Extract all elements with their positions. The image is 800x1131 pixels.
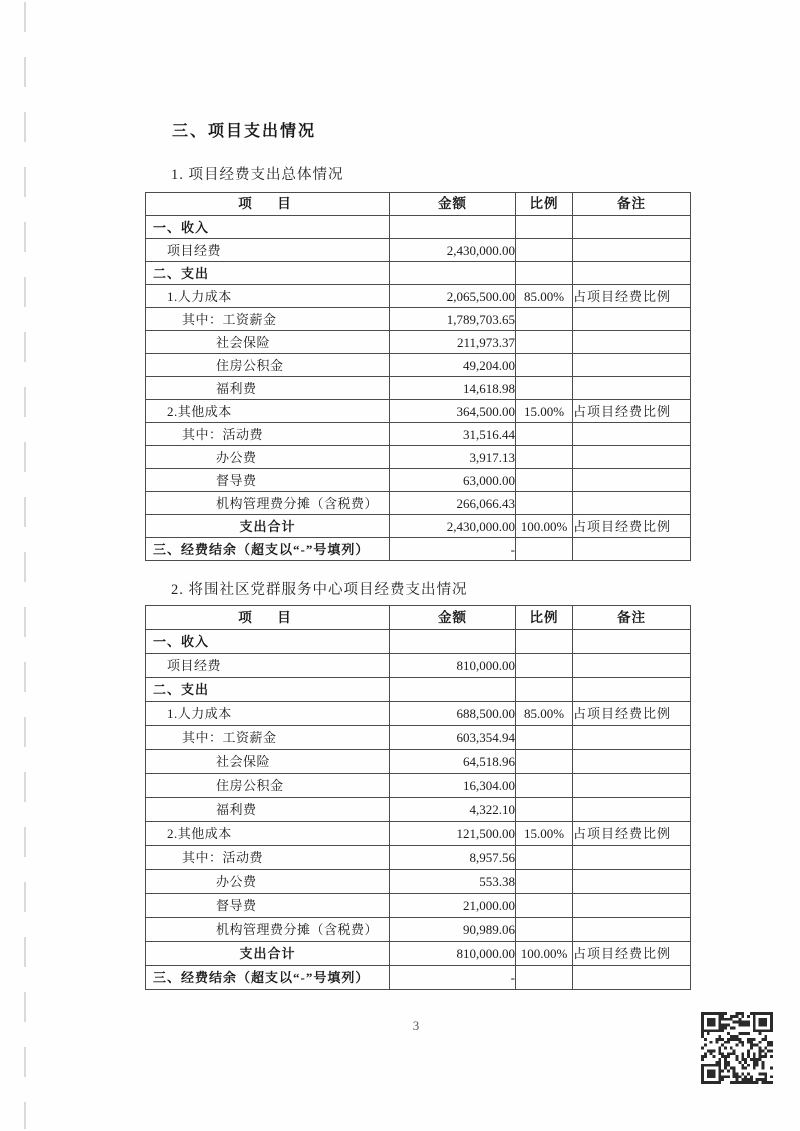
note-cell [573,678,691,702]
ratio-cell [516,239,573,262]
table-row: 机构管理费分摊（含税费）90,989.06 [146,918,691,942]
note-cell [573,262,691,285]
note-cell [573,469,691,492]
item-cell: 其中：工资薪金 [146,726,390,750]
ratio-cell [516,446,573,469]
table-row: 督导费21,000.00 [146,894,691,918]
item-cell: 督导费 [146,894,390,918]
amount-cell: - [390,538,516,561]
table-row: 办公费553.38 [146,870,691,894]
amount-cell: 810,000.00 [390,654,516,678]
item-cell: 机构管理费分摊（含税费） [146,918,390,942]
ratio-cell [516,846,573,870]
note-cell [573,308,691,331]
column-header: 项 目 [146,606,390,630]
expense-table-overall: 项 目金额比例备注一、收入项目经费2,430,000.00二、支出1.人力成本2… [145,192,691,561]
item-cell: 办公费 [146,870,390,894]
amount-cell: 2,065,500.00 [390,285,516,308]
table-row: 二、支出 [146,262,691,285]
column-header: 备注 [573,193,691,216]
amount-cell: 49,204.00 [390,354,516,377]
amount-cell: 31,516.44 [390,423,516,446]
note-cell [573,239,691,262]
item-cell: 二、支出 [146,678,390,702]
amount-cell [390,262,516,285]
ratio-cell [516,331,573,354]
column-header: 金额 [390,606,516,630]
note-cell: 占项目经费比例 [573,515,691,538]
note-cell: 占项目经费比例 [573,400,691,423]
table-caption-overall: 1. 项目经费支出总体情况 [171,163,344,184]
table-row: 三、经费结余（超支以“-”号填列）- [146,538,691,561]
table-row: 其中：活动费31,516.44 [146,423,691,446]
item-cell: 一、收入 [146,630,390,654]
item-cell: 二、支出 [146,262,390,285]
item-cell: 2.其他成本 [146,822,390,846]
table-row: 1.人力成本688,500.0085.00%占项目经费比例 [146,702,691,726]
note-cell [573,726,691,750]
table-row: 1.人力成本2,065,500.0085.00%占项目经费比例 [146,285,691,308]
table-row: 支出合计810,000.00100.00%占项目经费比例 [146,942,691,966]
ratio-cell [516,966,573,990]
item-cell: 机构管理费分摊（含税费） [146,492,390,515]
ratio-cell [516,798,573,822]
table-row: 福利费14,618.98 [146,377,691,400]
item-cell: 住房公积金 [146,774,390,798]
ratio-cell: 15.00% [516,822,573,846]
item-cell: 福利费 [146,377,390,400]
note-cell [573,377,691,400]
table-row: 住房公积金49,204.00 [146,354,691,377]
ratio-cell [516,774,573,798]
amount-cell: 211,973.37 [390,331,516,354]
ratio-cell [516,918,573,942]
amount-cell: 2,430,000.00 [390,239,516,262]
note-cell [573,654,691,678]
item-cell: 其中：工资薪金 [146,308,390,331]
amount-cell [390,678,516,702]
amount-cell: 553.38 [390,870,516,894]
ratio-cell [516,377,573,400]
note-cell [573,446,691,469]
item-cell: 支出合计 [146,942,390,966]
item-cell: 三、经费结余（超支以“-”号填列） [146,966,390,990]
amount-cell: 16,304.00 [390,774,516,798]
ratio-cell: 85.00% [516,285,573,308]
expense-table-jiangwei: 项 目金额比例备注一、收入项目经费810,000.00二、支出1.人力成本688… [145,605,691,990]
page-number: 3 [386,1018,446,1034]
ratio-cell [516,870,573,894]
table-row: 支出合计2,430,000.00100.00%占项目经费比例 [146,515,691,538]
item-cell: 1.人力成本 [146,285,390,308]
table-row: 督导费63,000.00 [146,469,691,492]
table-row: 项目经费810,000.00 [146,654,691,678]
ratio-cell: 100.00% [516,515,573,538]
left-binding-marks [24,2,26,1129]
column-header: 金额 [390,193,516,216]
item-cell: 社会保险 [146,750,390,774]
table-row: 一、收入 [146,216,691,239]
amount-cell: 121,500.00 [390,822,516,846]
item-cell: 三、经费结余（超支以“-”号填列） [146,538,390,561]
item-cell: 1.人力成本 [146,702,390,726]
item-cell: 社会保险 [146,331,390,354]
table-row: 一、收入 [146,630,691,654]
table-row: 项目经费2,430,000.00 [146,239,691,262]
amount-cell: 603,354.94 [390,726,516,750]
note-cell [573,630,691,654]
note-cell [573,216,691,239]
column-header: 备注 [573,606,691,630]
ratio-cell [516,750,573,774]
item-cell: 福利费 [146,798,390,822]
note-cell [573,354,691,377]
table-caption-jiangwei: 2. 将围社区党群服务中心项目经费支出情况 [171,578,468,599]
table-row: 2.其他成本121,500.0015.00%占项目经费比例 [146,822,691,846]
column-header: 项 目 [146,193,390,216]
item-cell: 督导费 [146,469,390,492]
ratio-cell [516,262,573,285]
ratio-cell [516,354,573,377]
ratio-cell [516,654,573,678]
amount-cell: 90,989.06 [390,918,516,942]
ratio-cell [516,469,573,492]
amount-cell: 21,000.00 [390,894,516,918]
table-row: 社会保险64,518.96 [146,750,691,774]
note-cell [573,492,691,515]
ratio-cell: 100.00% [516,942,573,966]
table-row: 二、支出 [146,678,691,702]
note-cell [573,846,691,870]
qr-code [701,1012,773,1084]
table-row: 其中：工资薪金603,354.94 [146,726,691,750]
ratio-cell [516,630,573,654]
ratio-cell [516,423,573,446]
note-cell: 占项目经费比例 [573,942,691,966]
ratio-cell [516,538,573,561]
note-cell [573,870,691,894]
table-row: 社会保险211,973.37 [146,331,691,354]
note-cell: 占项目经费比例 [573,702,691,726]
item-cell: 住房公积金 [146,354,390,377]
column-header: 比例 [516,193,573,216]
ratio-cell [516,894,573,918]
note-cell [573,774,691,798]
amount-cell: 688,500.00 [390,702,516,726]
item-cell: 办公费 [146,446,390,469]
note-cell [573,423,691,446]
note-cell: 占项目经费比例 [573,822,691,846]
amount-cell: 14,618.98 [390,377,516,400]
amount-cell: 63,000.00 [390,469,516,492]
table-row: 住房公积金16,304.00 [146,774,691,798]
note-cell [573,798,691,822]
ratio-cell [516,216,573,239]
amount-cell: 364,500.00 [390,400,516,423]
ratio-cell [516,492,573,515]
ratio-cell: 85.00% [516,702,573,726]
section-title: 三、项目支出情况 [172,118,316,141]
amount-cell: 1,789,703.65 [390,308,516,331]
document-page: 三、项目支出情况 1. 项目经费支出总体情况 项 目金额比例备注一、收入项目经费… [0,0,800,1131]
table-row: 三、经费结余（超支以“-”号填列）- [146,966,691,990]
note-cell [573,966,691,990]
note-cell [573,750,691,774]
table-row: 其中：工资薪金1,789,703.65 [146,308,691,331]
note-cell [573,331,691,354]
note-cell [573,538,691,561]
item-cell: 项目经费 [146,654,390,678]
note-cell [573,894,691,918]
amount-cell: 64,518.96 [390,750,516,774]
amount-cell: 4,322.10 [390,798,516,822]
table-header-row: 项 目金额比例备注 [146,606,691,630]
note-cell [573,918,691,942]
amount-cell: 810,000.00 [390,942,516,966]
table-row: 2.其他成本364,500.0015.00%占项目经费比例 [146,400,691,423]
amount-cell: 3,917.13 [390,446,516,469]
table-row: 办公费3,917.13 [146,446,691,469]
amount-cell: 266,066.43 [390,492,516,515]
table-header-row: 项 目金额比例备注 [146,193,691,216]
table-row: 其中：活动费8,957.56 [146,846,691,870]
ratio-cell [516,308,573,331]
ratio-cell: 15.00% [516,400,573,423]
amount-cell: 2,430,000.00 [390,515,516,538]
table-row: 福利费4,322.10 [146,798,691,822]
amount-cell: - [390,966,516,990]
column-header: 比例 [516,606,573,630]
ratio-cell [516,726,573,750]
table-row: 机构管理费分摊（含税费）266,066.43 [146,492,691,515]
item-cell: 项目经费 [146,239,390,262]
item-cell: 一、收入 [146,216,390,239]
item-cell: 其中：活动费 [146,846,390,870]
item-cell: 支出合计 [146,515,390,538]
item-cell: 其中：活动费 [146,423,390,446]
amount-cell: 8,957.56 [390,846,516,870]
ratio-cell [516,678,573,702]
item-cell: 2.其他成本 [146,400,390,423]
note-cell: 占项目经费比例 [573,285,691,308]
amount-cell [390,216,516,239]
amount-cell [390,630,516,654]
